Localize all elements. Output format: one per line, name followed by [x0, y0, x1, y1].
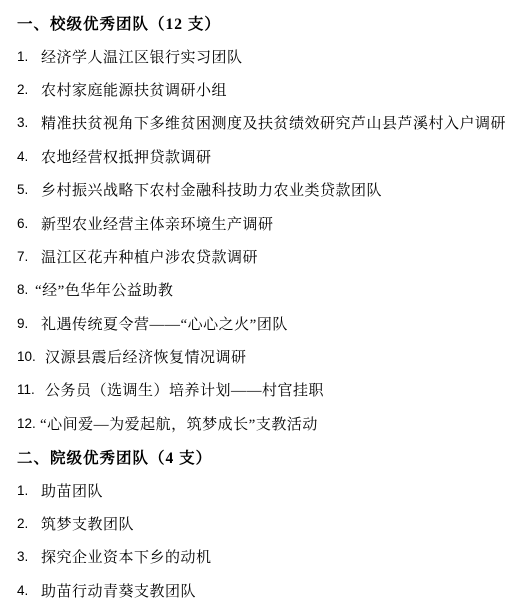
item-number: 2.	[17, 82, 41, 97]
list-item: 4. 农地经营权抵押贷款调研	[17, 140, 501, 173]
section-2-heading: 二、院级优秀团队（4 支）	[17, 440, 501, 473]
item-text: 经济学人温江区银行实习团队	[41, 46, 243, 67]
item-number: 4.	[17, 149, 41, 164]
list-item: 11. 公务员（选调生）培养计划——村官挂职	[17, 373, 501, 406]
item-text: 探究企业资本下乡的动机	[41, 546, 212, 567]
item-number: 1.	[17, 49, 41, 64]
item-number: 5.	[17, 182, 41, 197]
item-text: 公务员（选调生）培养计划——村官挂职	[45, 379, 324, 400]
item-text: 农地经营权抵押贷款调研	[41, 146, 212, 167]
item-text: 筑梦支教团队	[41, 513, 134, 534]
item-text: “经”色华年公益助教	[35, 279, 173, 300]
item-number: 11.	[17, 382, 45, 397]
item-text: 助苗团队	[41, 480, 103, 501]
item-number: 9.	[17, 316, 41, 331]
list-item: 8. “经”色华年公益助教	[17, 273, 501, 306]
item-text: 乡村振兴战略下农村金融科技助力农业类贷款团队	[41, 179, 382, 200]
list-item: 1. 经济学人温江区银行实习团队	[17, 39, 501, 72]
item-number: 1.	[17, 483, 41, 498]
item-number: 6.	[17, 216, 41, 231]
section-1-heading: 一、校级优秀团队（12 支）	[17, 6, 501, 39]
list-item: 7. 温江区花卉种植户涉农贷款调研	[17, 240, 501, 273]
list-item: 2. 筑梦支教团队	[17, 507, 501, 540]
item-number: 12.	[17, 416, 40, 431]
list-item: 10. 汉源县震后经济恢复情况调研	[17, 340, 501, 373]
item-number: 8.	[17, 282, 35, 297]
list-item: 4. 助苗行动青葵支教团队	[17, 574, 501, 607]
list-item: 9. 礼遇传统夏令营——“心心之火”团队	[17, 307, 501, 340]
list-item: 3. 探究企业资本下乡的动机	[17, 540, 501, 573]
list-item: 1. 助苗团队	[17, 473, 501, 506]
list-item: 6. 新型农业经营主体亲环境生产调研	[17, 206, 501, 239]
list-item: 5. 乡村振兴战略下农村金融科技助力农业类贷款团队	[17, 173, 501, 206]
item-text: 农村家庭能源扶贫调研小组	[41, 79, 227, 100]
item-text: 温江区花卉种植户涉农贷款调研	[41, 246, 258, 267]
item-number: 4.	[17, 583, 41, 598]
item-text: “心间爱—为爱起航，筑梦成长”支教活动	[40, 413, 318, 434]
item-number: 3.	[17, 549, 41, 564]
item-text: 汉源县震后经济恢复情况调研	[45, 346, 247, 367]
item-number: 10.	[17, 349, 45, 364]
item-text: 助苗行动青葵支教团队	[41, 580, 196, 601]
list-item: 12. “心间爱—为爱起航，筑梦成长”支教活动	[17, 407, 501, 440]
list-item: 3. 精准扶贫视角下多维贫困测度及扶贫绩效研究芦山县芦溪村入户调研	[17, 106, 501, 139]
item-number: 3.	[17, 115, 41, 130]
item-number: 7.	[17, 249, 41, 264]
item-text: 礼遇传统夏令营——“心心之火”团队	[41, 313, 288, 334]
item-number: 2.	[17, 516, 41, 531]
document-page: 一、校级优秀团队（12 支） 1. 经济学人温江区银行实习团队 2. 农村家庭能…	[0, 0, 509, 607]
list-item: 2. 农村家庭能源扶贫调研小组	[17, 73, 501, 106]
item-text: 新型农业经营主体亲环境生产调研	[41, 213, 274, 234]
item-text: 精准扶贫视角下多维贫困测度及扶贫绩效研究芦山县芦溪村入户调研	[41, 112, 506, 133]
